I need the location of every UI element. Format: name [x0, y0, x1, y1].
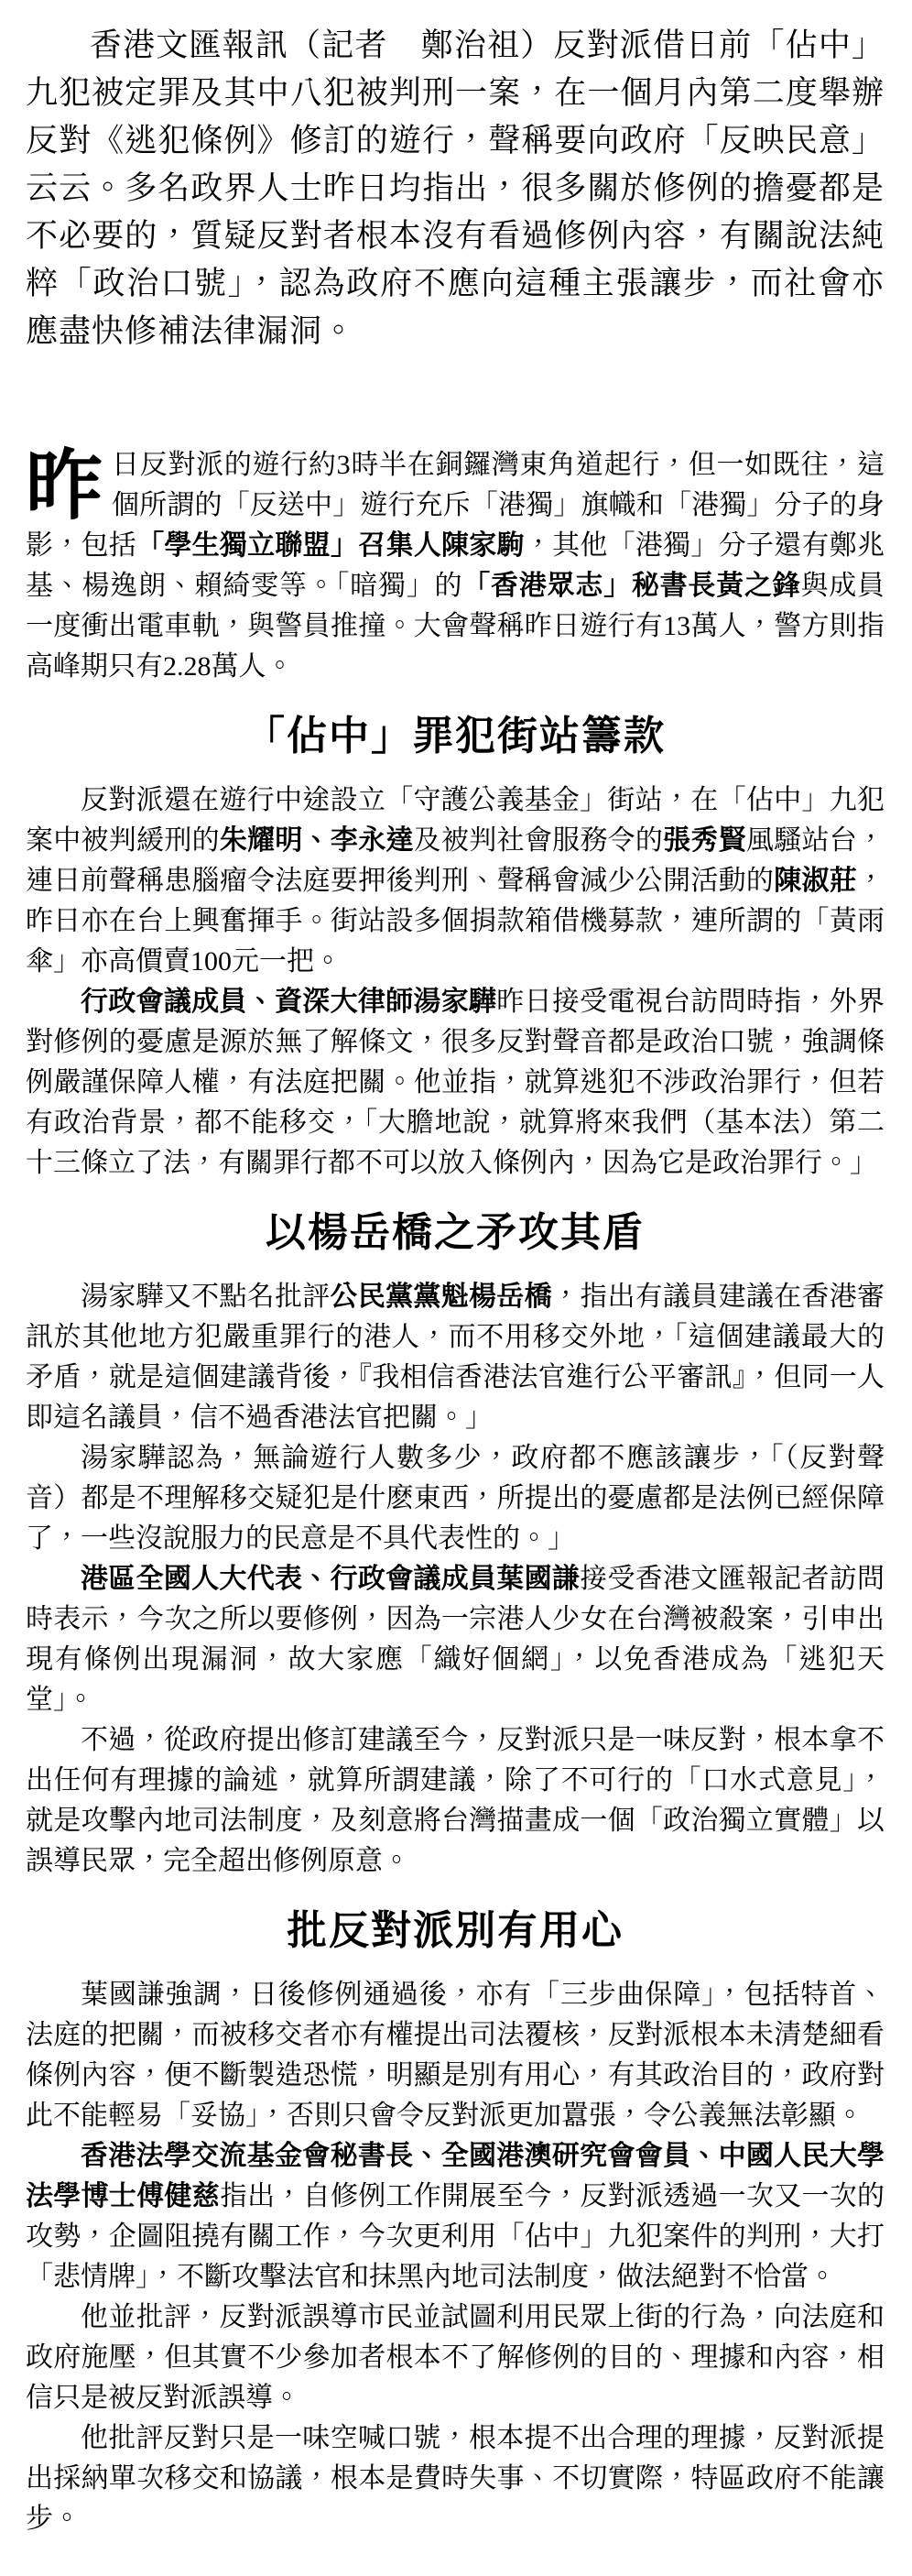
drop-cap: 昨	[26, 449, 103, 526]
section-2-heading: 以楊岳橋之矛攻其盾	[26, 1209, 885, 1257]
article-page: 香港文匯報訊（記者 鄭治祖）反對派借日前「佔中」九犯被定罪及其中八犯被判刑一案，…	[0, 0, 912, 2576]
paragraph: 不過，從政府提出修訂建議至今，反對派只是一味反對，根本拿不出任何有理據的論述，就…	[26, 1720, 885, 1882]
section-1-heading: 「佔中」罪犯街站籌款	[26, 713, 885, 760]
bold-name: 朱耀明、李永達	[220, 825, 414, 856]
paragraph: 行政會議成員、資深大律師湯家驊昨日接受電視台訪問時指，外界對修例的憂慮是源於無了…	[26, 982, 885, 1184]
section-3-heading: 批反對派別有用心	[26, 1907, 885, 1955]
paragraph: 反對派還在遊行中途設立「守護公義基金」街站，在「佔中」九犯案中被判緩刑的朱耀明、…	[26, 780, 885, 982]
bold-name: 公民黨黨魁楊岳橋	[331, 1282, 552, 1312]
bold-name: 「香港眾志」秘書長黃之鋒	[462, 571, 800, 601]
text-run: 湯家驊又不點名批評	[81, 1282, 331, 1312]
paragraph: 他並批評，反對派誤導市民並試圖利用民眾上街的行為，向法庭和政府施壓，但其實不少參…	[26, 2298, 885, 2418]
dropcap-paragraph: 昨日反對派的遊行約3時半在銅鑼灣東角道起行，但一如既往，這個所謂的「反送中」遊行…	[26, 445, 885, 687]
paragraph: 葉國謙強調，日後修例通過後，亦有「三步曲保障」，包括特首、法庭的把關，而被移交者…	[26, 1975, 885, 2136]
text-run: 不過，從政府提出修訂建議至今，反對派只是一味反對，根本拿不出任何有理據的論述，就…	[26, 1725, 885, 1876]
paragraph: 港區全國人大代表、行政會議成員葉國謙接受香港文匯報記者訪問時表示，今次之所以要修…	[26, 1559, 885, 1720]
paragraph: 香港法學交流基金會秘書長、全國港澳研究會會員、中國人民大學法學博士傅健慈指出，自…	[26, 2136, 885, 2298]
bold-name: 張秀賢	[663, 825, 746, 856]
section-2-paragraphs: 湯家驊又不點名批評公民黨黨魁楊岳橋，指出有議員建議在香港審訊於其他地方犯嚴重罪行…	[26, 1277, 885, 1882]
bold-name: 「學生獨立聯盟」召集人陳家駒	[136, 530, 525, 561]
text-run: 湯家驊認為，無論遊行人數多少，政府都不應該讓步，「（反對聲音）都是不理解移交疑犯…	[26, 1443, 885, 1554]
section-3-paragraphs: 葉國謙強調，日後修例通過後，亦有「三步曲保障」，包括特首、法庭的把關，而被移交者…	[26, 1975, 885, 2539]
bold-name: 港區全國人大代表、行政會議成員葉國謙	[81, 1564, 580, 1594]
text-run: 葉國謙強調，日後修例通過後，亦有「三步曲保障」，包括特首、法庭的把關，而被移交者…	[26, 1980, 885, 2131]
paragraph: 他批評反對只是一味空喊口號，根本提不出合理的理據，反對派提出採納單次移交和協議，…	[26, 2418, 885, 2539]
bold-name: 陳淑莊	[774, 866, 857, 896]
bold-name: 行政會議成員、資深大律師湯家驊	[81, 987, 496, 1017]
section-1-paragraphs: 反對派還在遊行中途設立「守護公義基金」街站，在「佔中」九犯案中被判緩刑的朱耀明、…	[26, 780, 885, 1184]
dropcap-paragraph-text: 日反對派的遊行約3時半在銅鑼灣東角道起行，但一如既往，這個所謂的「反送中」遊行充…	[26, 450, 885, 682]
lede-paragraph: 香港文匯報訊（記者 鄭治祖）反對派借日前「佔中」九犯被定罪及其中八犯被判刑一案，…	[26, 22, 885, 355]
text-run: 他並批評，反對派誤導市民並試圖利用民眾上街的行為，向法庭和政府施壓，但其實不少參…	[26, 2302, 885, 2413]
text-run: 及被判社會服務令的	[414, 825, 663, 856]
text-run: 他批評反對只是一味空喊口號，根本提不出合理的理據，反對派提出採納單次移交和協議，…	[26, 2423, 885, 2534]
paragraph: 湯家驊又不點名批評公民黨黨魁楊岳橋，指出有議員建議在香港審訊於其他地方犯嚴重罪行…	[26, 1277, 885, 1438]
paragraph: 湯家驊認為，無論遊行人數多少，政府都不應該讓步，「（反對聲音）都是不理解移交疑犯…	[26, 1438, 885, 1559]
